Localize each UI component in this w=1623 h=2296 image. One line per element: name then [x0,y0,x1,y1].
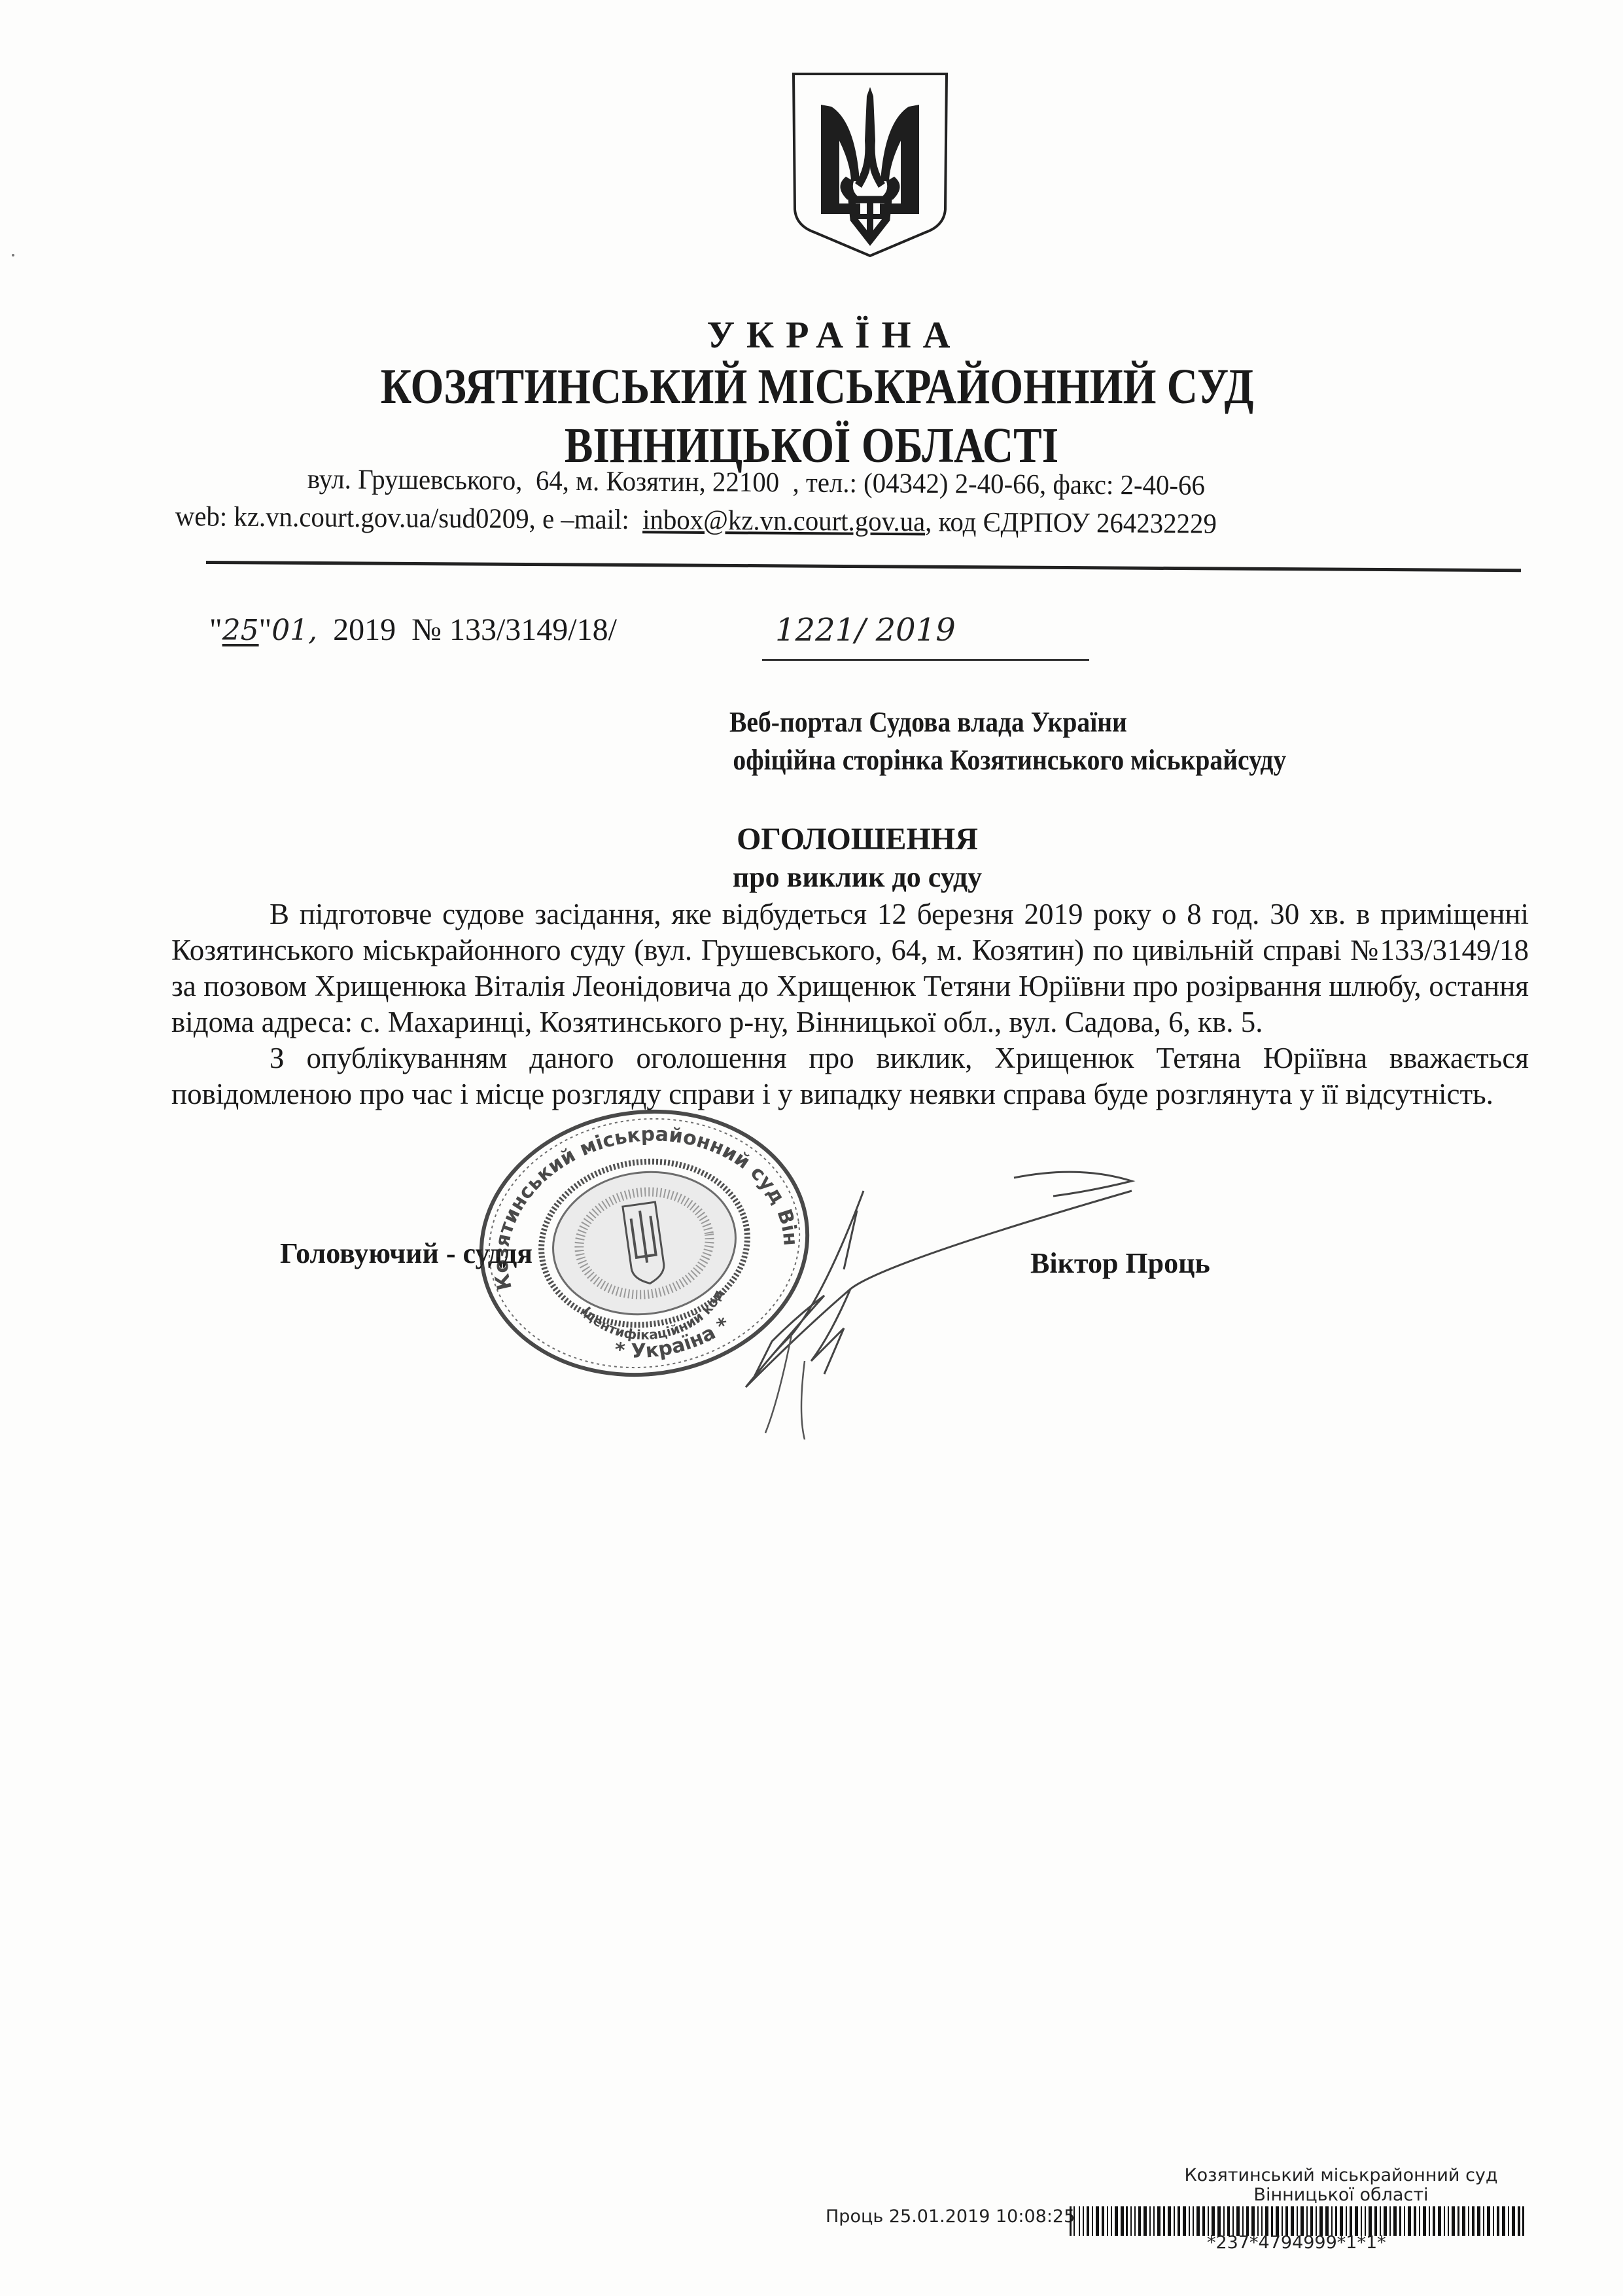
ref-number-underline [762,659,1089,661]
header-country: УКРАЇНА [0,313,1623,357]
addressee-line-1: Веб-портал Судова влада України [729,703,1286,741]
header-contacts: web: kz.vn.court.gov.ua/sud0209, e –mail… [175,501,1217,540]
header-web: web: kz.vn.court.gov.ua/sud0209, e –mail… [175,501,643,535]
footer-court-line-2: Вінницької області [1112,2185,1570,2205]
ref-year: 2019 [317,612,411,647]
ref-month-handwritten: 01, [271,614,317,647]
addressee-line-2: офіційна сторінка Козятинського міськрай… [729,741,1286,779]
announcement-paragraph-2: З опублікуванням даного оголошення про в… [171,1040,1529,1112]
header-email-link[interactable]: inbox@kz.vn.court.gov.ua [642,504,925,537]
ref-outgoing-number-handwritten: 1221/ 2019 [775,612,956,648]
document-barcode-icon [1070,2206,1524,2236]
header-divider [206,561,1521,572]
ref-day-handwritten: 25 [222,614,259,647]
announcement-body: В підготовче судове засідання, яке відбу… [171,896,1529,1112]
header-court-name: КОЗЯТИНСЬКИЙ МІСЬКРАЙОННИЙ СУД [114,359,1510,415]
ref-close-quote: " [259,612,272,647]
announcement-paragraph-1: В підготовче судове засідання, яке відбу… [171,896,1529,1040]
footer-court-line-1: Козятинський міськрайонний суд [1112,2166,1570,2185]
ref-open-quote: " [209,612,222,647]
header-address: вул. Грушевського, 64, м. Козятин, 22100… [307,463,1205,502]
judge-signature-scribble [674,1165,1249,1439]
footer-barcode-code: *237*4794999*1*1* [1207,2233,1386,2253]
reference-line: "25"01, 2019 № 133/3149/18/ [209,612,617,648]
footer-court-label: Козятинський міськрайонний суд Вінницько… [1112,2166,1570,2205]
ref-case-number: № 133/3149/18/ [411,612,617,647]
announcement-subtitle: про виклик до суду [0,860,1623,894]
header-edrpou-code: , код ЄДРПОУ 264232229 [925,506,1217,539]
addressee-block: Веб-портал Судова влада України офіційна… [729,703,1286,779]
scan-artifact-dot [12,254,14,256]
coat-of-arms-icon [788,69,952,258]
footer-signer-timestamp: Проць 25.01.2019 10:08:25 [826,2206,1075,2227]
announcement-title: ОГОЛОШЕННЯ [0,821,1623,857]
